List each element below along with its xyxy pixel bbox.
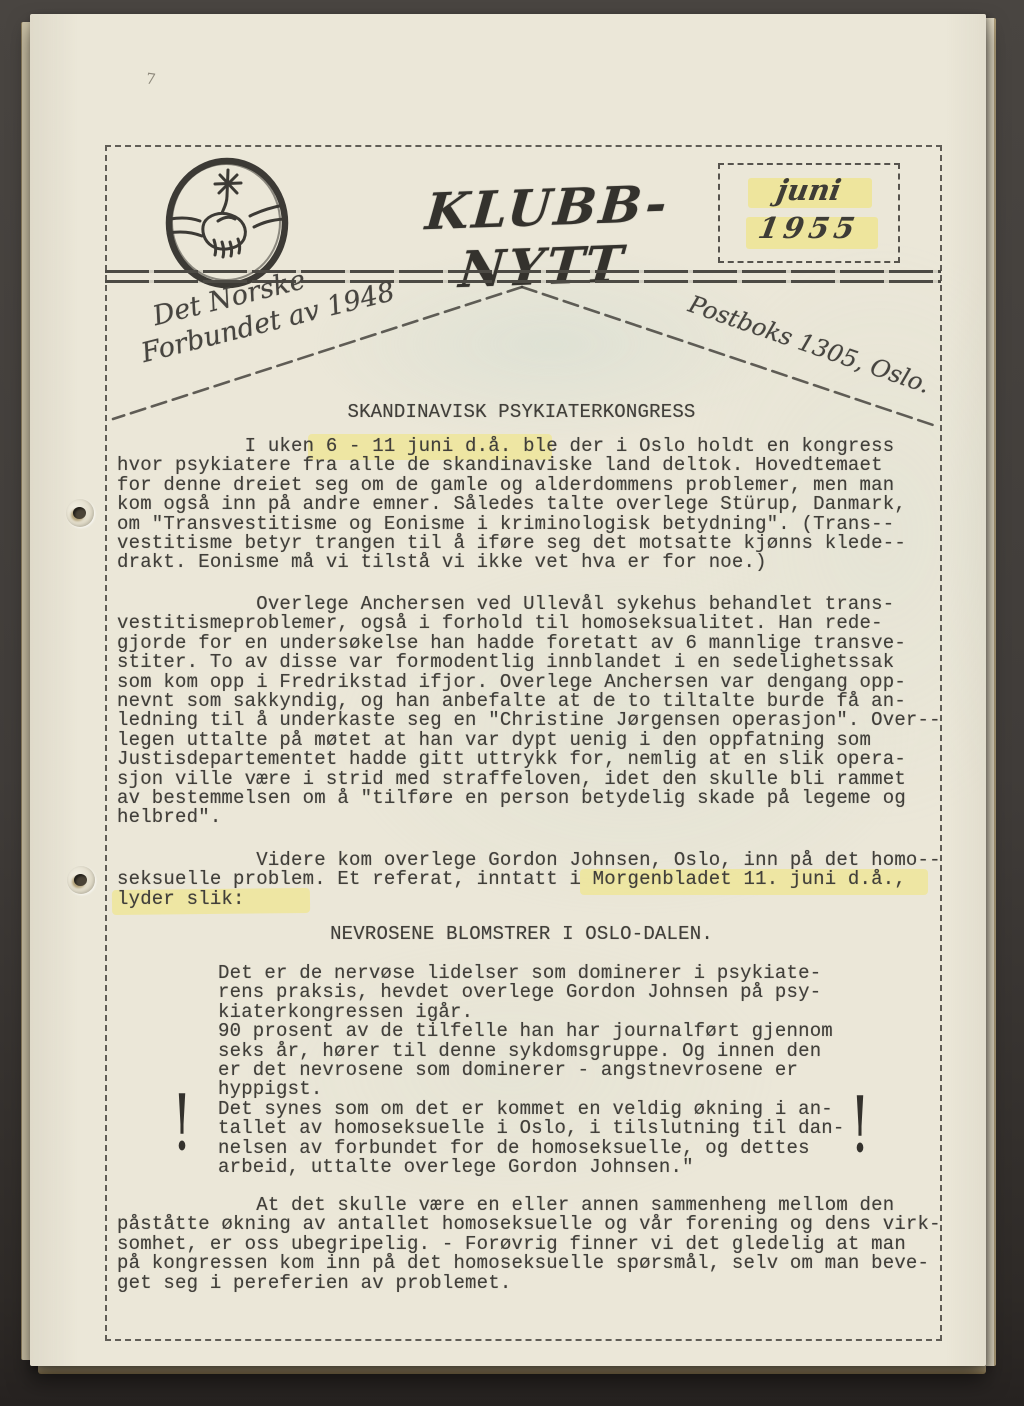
stray-pencil-mark: 7 bbox=[145, 69, 157, 88]
margin-exclamation-right: ! bbox=[850, 1088, 871, 1165]
quote-heading: NEVROSENE BLOMSTRER I OSLO-DALEN. bbox=[105, 925, 938, 944]
paragraph-gordon-johnsen-intro: Videre kom overlege Gordon Johnsen, Oslo… bbox=[117, 851, 941, 909]
hole-punch-top bbox=[66, 499, 94, 527]
paragraph-congress-intro: I uken 6 - 11 juni d.å. ble der i Oslo h… bbox=[117, 437, 906, 573]
date-month: juni bbox=[717, 173, 901, 207]
margin-exclamation-left: ! bbox=[172, 1086, 193, 1163]
date-box: juni 1955 bbox=[718, 163, 900, 263]
paragraph-anchersen: Overlege Anchersen ved Ullevål sykehus b… bbox=[117, 595, 941, 828]
newsletter-page: 7 KLUBB-NYTT bbox=[30, 14, 986, 1366]
hole-punch-bottom bbox=[67, 866, 95, 894]
date-year: 1955 bbox=[717, 211, 901, 245]
paragraph-editorial-comment: At det skulle være en eller annen sammen… bbox=[117, 1196, 941, 1293]
newspaper-quote-block: Det er de nervøse lidelser som dominerer… bbox=[218, 964, 845, 1177]
scanned-newsletter-screenshot: { "document": { "masthead": { "logo_icon… bbox=[0, 0, 1024, 1406]
article-title: SKANDINAVISK PSYKIATERKONGRESS bbox=[105, 403, 938, 422]
